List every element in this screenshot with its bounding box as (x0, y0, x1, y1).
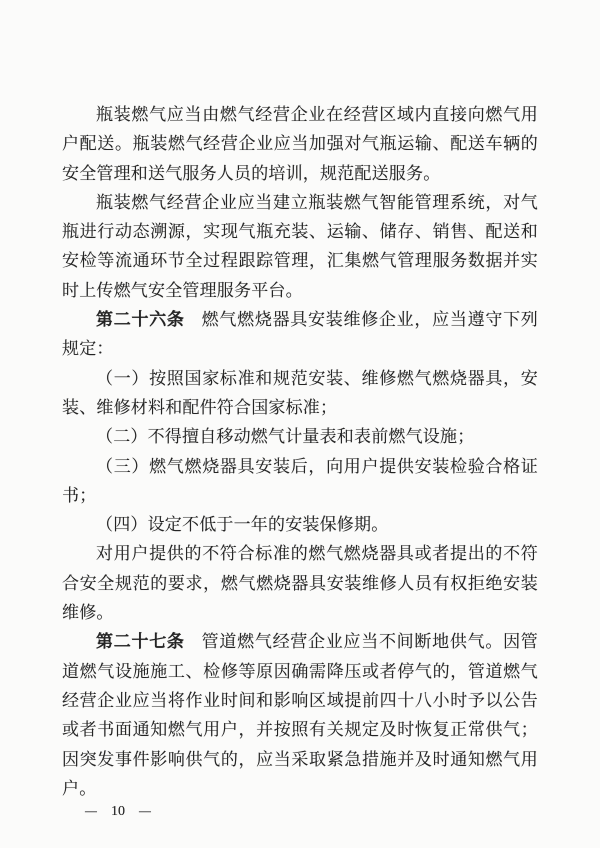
paragraph-text: （四）设定不低于一年的安装保修期。 (96, 515, 388, 534)
article-26-number: 第二十六条 (96, 310, 185, 329)
paragraph-article-26-item-1: （一）按照国家标准和规范安装、维修燃气燃烧器具，安装、维修材料和配件符合国家标准… (62, 364, 538, 423)
paragraph-article-27: 第二十七条管道燃气经营企业应当不间断地供气。因管道燃气设施施工、检修等原因确需降… (62, 627, 538, 803)
paragraph-article-26-item-3: （三）燃气燃烧器具安装后，向用户提供安装检验合格证书； (62, 452, 538, 511)
page-number: 10 (111, 804, 125, 820)
paragraph-article-26-item-4: （四）设定不低于一年的安装保修期。 (62, 510, 538, 539)
paragraph-refusal-right: 对用户提供的不符合标准的燃气燃烧器具或者提出的不符合安全规范的要求，燃气燃烧器具… (62, 539, 538, 627)
page-footer: — 10 — (84, 804, 152, 820)
article-27-number: 第二十七条 (96, 632, 185, 651)
paragraph-text: 对用户提供的不符合标准的燃气燃烧器具或者提出的不符合安全规范的要求，燃气燃烧器具… (62, 544, 538, 622)
document-page: 瓶装燃气应当由燃气经营企业在经营区域内直接向燃气用户配送。瓶装燃气经营企业应当加… (0, 0, 600, 848)
paragraph-text: 管道燃气经营企业应当不间断地供气。因管道燃气设施施工、检修等原因确需降压或者停气… (62, 632, 538, 797)
paragraph-smart-management-system: 瓶装燃气经营企业应当建立瓶装燃气智能管理系统，对气瓶进行动态溯源，实现气瓶充装、… (62, 188, 538, 305)
paragraph-text: （二）不得擅自移动燃气计量表和表前燃气设施； (96, 427, 474, 446)
paragraph-text: 瓶装燃气应当由燃气经营企业在经营区域内直接向燃气用户配送。瓶装燃气经营企业应当加… (62, 105, 538, 183)
footer-right-dash: — (139, 804, 151, 820)
paragraph-article-26: 第二十六条燃气燃烧器具安装维修企业，应当遵守下列规定： (62, 305, 538, 364)
paragraph-text: 瓶装燃气经营企业应当建立瓶装燃气智能管理系统，对气瓶进行动态溯源，实现气瓶充装、… (62, 193, 538, 300)
footer-left-dash: — (85, 804, 97, 820)
paragraph-text: （三）燃气燃烧器具安装后，向用户提供安装检验合格证书； (62, 457, 538, 505)
document-body: 瓶装燃气应当由燃气经营企业在经营区域内直接向燃气用户配送。瓶装燃气经营企业应当加… (62, 100, 538, 803)
paragraph-bottled-gas-delivery: 瓶装燃气应当由燃气经营企业在经营区域内直接向燃气用户配送。瓶装燃气经营企业应当加… (62, 100, 538, 188)
paragraph-article-26-item-2: （二）不得擅自移动燃气计量表和表前燃气设施； (62, 422, 538, 451)
paragraph-text: （一）按照国家标准和规范安装、维修燃气燃烧器具，安装、维修材料和配件符合国家标准… (62, 369, 538, 417)
